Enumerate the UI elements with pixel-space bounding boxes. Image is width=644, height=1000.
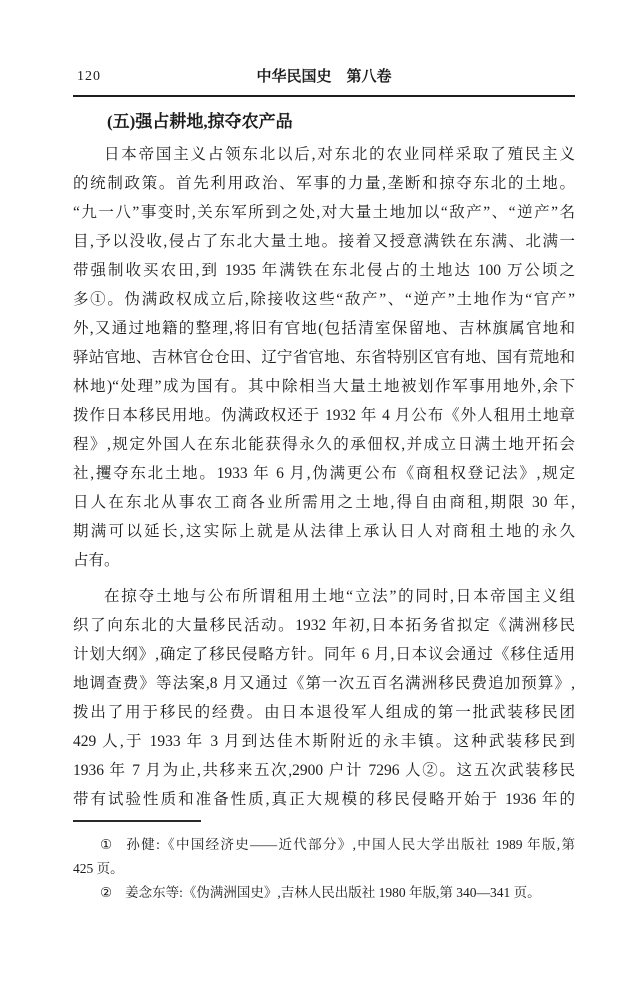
body-line: 林地)“处理”成为国有。其中除相当大量土地被划作军事用地外,余下 <box>73 372 575 401</box>
body-line: 计划大纲》,确定了移民侵略方针。同年 6 月,日本议会通过《移住适用 <box>73 640 575 669</box>
body-line: 带强制收买农田,到 1935 年满铁在东北侵占的土地达 100 万公顷之 <box>73 256 575 285</box>
footnote-1-text: 孙健:《中国经济史——近代部分》,中国人民大学出版社 1989 年版,第 <box>125 837 575 852</box>
body-line: 拨出了用于移民的经费。由日本退役军人组成的第一批武装移民团 <box>73 698 575 727</box>
body-line: 429 人,于 1933 年 3 月到达佳木斯附近的永丰镇。这种武装移民到 <box>73 727 575 756</box>
book-title: 中华民国史 第八卷 <box>73 67 575 87</box>
footnote-2-text: 姜念东等:《伪满洲国史》,吉林人民出版社 1980 年版,第 340—341 页… <box>125 885 541 900</box>
header-rule <box>73 95 575 97</box>
body-line: 带有试验性质和准备性质,真正大规模的移民侵略开始于 1936 年的 <box>73 785 575 814</box>
body-line: 程》,规定外国人在东北能获得永久的承佃权,并成立日满土地开拓会 <box>73 430 575 459</box>
body-line: 目,予以没收,侵占了东北大量土地。接着又授意满铁在东满、北满一 <box>73 227 575 256</box>
footnote-1-marker: ① <box>100 833 112 857</box>
footnote-2-line: ②姜念东等:《伪满洲国史》,吉林人民出版社 1980 年版,第 340—341 … <box>73 881 575 905</box>
section-heading: (五)强占耕地,掠夺农产品 <box>73 110 575 134</box>
body-line: 多①。伪满政权成立后,除接收这些“敌产”、“逆产”土地作为“官产” <box>73 285 575 314</box>
paragraph-2: 在掠夺土地与公布所谓租用土地“立法”的同时,日本帝国主义组 织了向东北的大量移民… <box>73 582 575 814</box>
body-line: 织了向东北的大量移民活动。1932 年初,日本拓务省拟定《满洲移民 <box>73 611 575 640</box>
body-line: 日人在东北从事农工商各业所需用之土地,得自由商租,期限 30 年, <box>73 488 575 517</box>
running-header: 120 中华民国史 第八卷 <box>73 67 575 87</box>
page-content: 120 中华民国史 第八卷 (五)强占耕地,掠夺农产品 日本帝国主义占领东北以后… <box>73 0 575 1000</box>
footnote-1-line-2: 425 页。 <box>73 857 575 881</box>
body-line: 占有。 <box>73 546 575 575</box>
body-line: 社,攫夺东北土地。1933 年 6 月,伪满更公布《商租权登记法》,规定 <box>73 459 575 488</box>
footnote-2-marker: ② <box>100 881 112 905</box>
paragraph-1: 日本帝国主义占领东北以后,对东北的农业同样采取了殖民主义 的统制政策。首先利用政… <box>73 140 575 575</box>
book-page: 120 中华民国史 第八卷 (五)强占耕地,掠夺农产品 日本帝国主义占领东北以后… <box>0 0 644 1000</box>
body-line: 期满可以延长,这实际上就是从法律上承认日人对商租土地的永久 <box>73 517 575 546</box>
body-line: 日本帝国主义占领东北以后,对东北的农业同样采取了殖民主义 <box>73 140 575 169</box>
footnote-1-line-1: ①孙健:《中国经济史——近代部分》,中国人民大学出版社 1989 年版,第 <box>73 833 575 857</box>
body-line: 的统制政策。首先利用政治、军事的力量,垄断和掠夺东北的土地。 <box>73 169 575 198</box>
body-line: 在掠夺土地与公布所谓租用土地“立法”的同时,日本帝国主义组 <box>73 582 575 611</box>
footnotes: ①孙健:《中国经济史——近代部分》,中国人民大学出版社 1989 年版,第 42… <box>73 833 575 905</box>
footnote-separator <box>73 820 201 822</box>
body-line: 拨作日本移民用地。伪满政权还于 1932 年 4 月公布《外人租用土地章 <box>73 401 575 430</box>
body-line: 地调查费》等法案,8 月又通过《第一次五百名满洲移民费追加预算》, <box>73 669 575 698</box>
body-line: “九一八”事变时,关东军所到之处,对大量土地加以“敌产”、“逆产”名 <box>73 198 575 227</box>
body-line: 外,又通过地籍的整理,将旧有官地(包括清室保留地、吉林旗属官地和 <box>73 314 575 343</box>
body-line: 驿站官地、吉林官仓仓田、辽宁省官地、东省特别区官有地、国有荒地和 <box>73 343 575 372</box>
body-line: 1936 年 7 月为止,共移来五次,2900 户计 7296 人②。这五次武装… <box>73 756 575 785</box>
